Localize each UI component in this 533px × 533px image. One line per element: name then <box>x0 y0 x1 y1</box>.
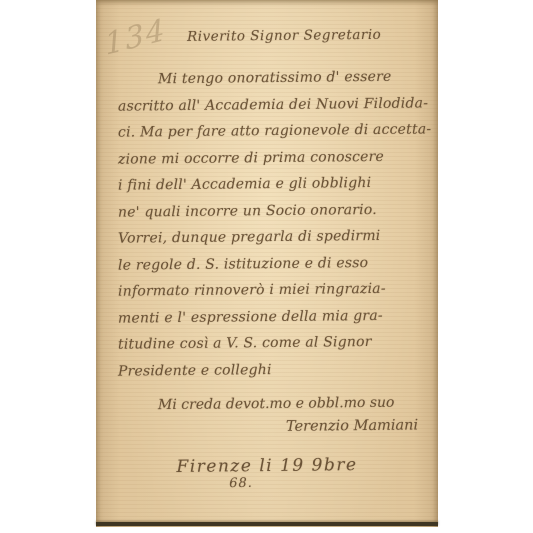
body-line: i fini dell' Accademia e gli obblighi <box>118 169 432 199</box>
body-line: zione mi occorre di prima conoscere <box>118 143 432 173</box>
body-line: titudine così a V. S. come al Signor <box>118 328 432 358</box>
salutation: Riverito Signor Segretario <box>96 0 438 46</box>
letter-body: Mi tengo onoratissimo d' essere ascritto… <box>96 65 438 383</box>
body-line: ci. Ma per fare atto ragionevole di acce… <box>118 116 432 146</box>
body-line: Presidente e colleghi <box>118 355 432 385</box>
letter-paper: 134 Riverito Signor Segretario Mi tengo … <box>96 0 438 527</box>
body-line: Mi tengo onoratissimo d' essere <box>118 63 432 93</box>
body-line: menti e l' espressione della mia gra- <box>118 302 432 332</box>
body-line: le regole d. S. istituzione e di esso <box>118 249 432 279</box>
body-line: informato rinnoverò i miei ringrazia- <box>118 275 432 305</box>
signature: Terenzio Mamiani <box>96 417 438 437</box>
scan-background: 134 Riverito Signor Segretario Mi tengo … <box>0 0 533 533</box>
body-line: ascritto all' Accademia dei Nuovi Filodi… <box>118 90 432 120</box>
dateline-year: 68. <box>70 474 412 493</box>
closing-line: Mi creda devot.mo e obbl.mo suo <box>96 394 438 414</box>
paper-bottom-edge <box>96 522 438 526</box>
body-line: ne' quali incorre un Socio onorario. <box>118 196 432 226</box>
body-line: Vorrei, dunque pregarla di spedirmi <box>118 222 432 252</box>
